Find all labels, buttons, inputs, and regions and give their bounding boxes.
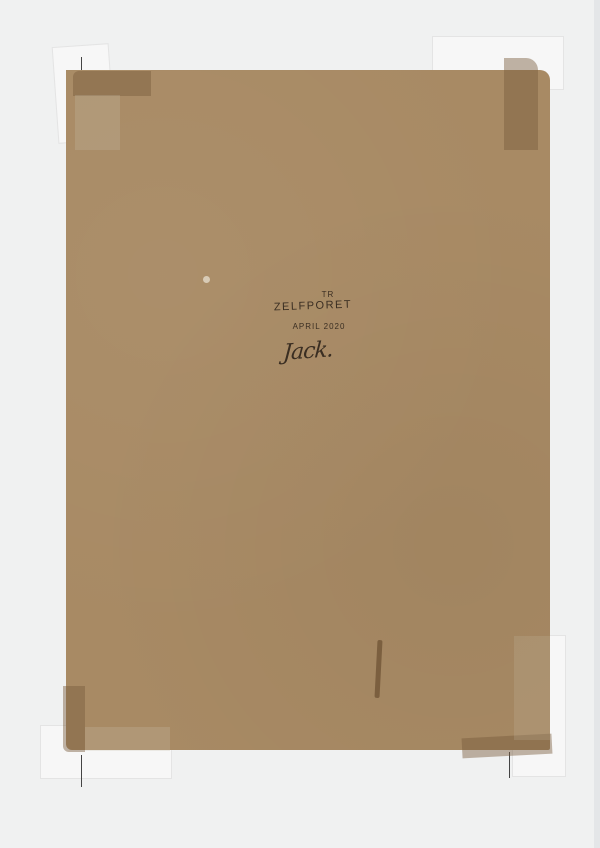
paper-tape-top-left xyxy=(73,71,151,96)
paper-tape-top-right xyxy=(504,58,538,150)
brown-paper-sheet xyxy=(66,70,550,750)
handwritten-inscription: TR ZELFPORET APRIL 2020 Jack. xyxy=(248,290,378,364)
pencil-mark-bottom-left xyxy=(81,755,82,787)
paper-spot xyxy=(203,276,210,283)
artwork-title: ZELFPORET xyxy=(248,298,378,315)
paper-tape-bottom-left-horizontal xyxy=(85,727,170,751)
paper-tape-bottom-right-vertical xyxy=(514,636,550,740)
artwork-date: APRIL 2020 xyxy=(260,322,378,331)
mounting-board-edge xyxy=(594,0,600,848)
paper-tape-top-left-vertical xyxy=(75,95,120,150)
paper-tape-bottom-left xyxy=(63,686,85,752)
artist-signature: Jack. xyxy=(237,334,378,369)
